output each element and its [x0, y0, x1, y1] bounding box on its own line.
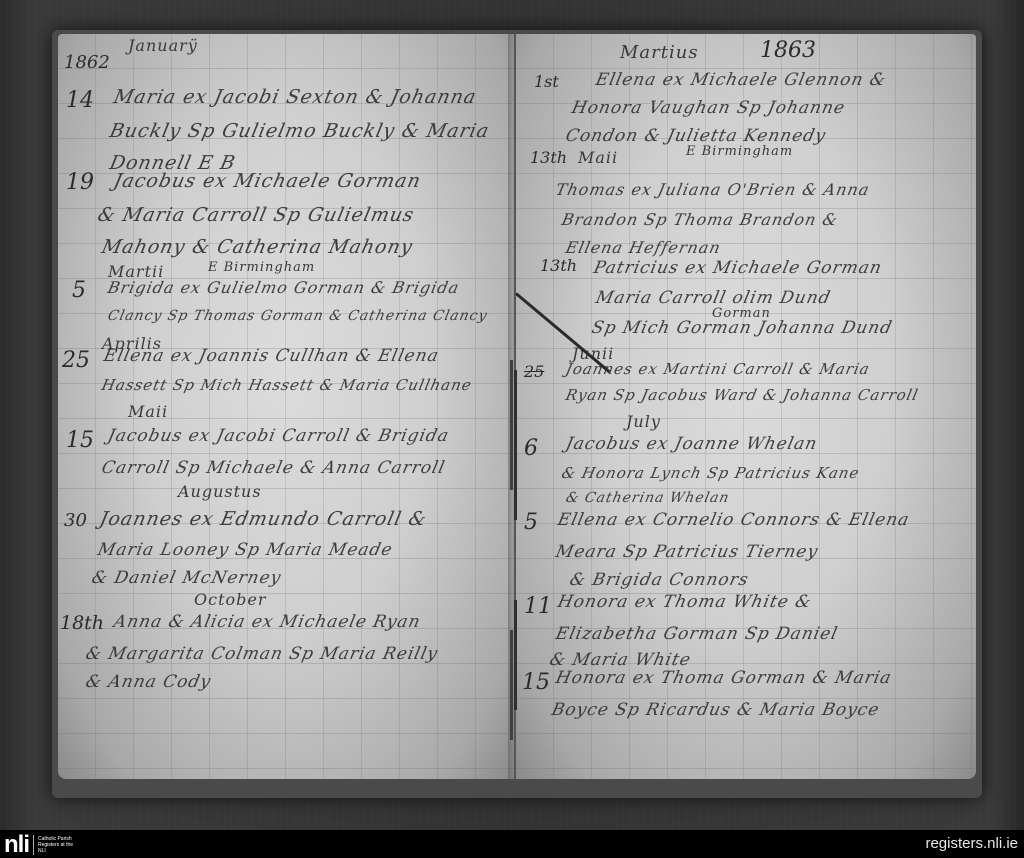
year-label: 1862 [64, 52, 110, 73]
entry-line: Ellena ex Michaele Glennon & [594, 70, 888, 90]
register-scan: 1862 Januarÿ 14 Maria ex Jacobi Sexton &… [0, 0, 1024, 830]
margin-rule [514, 600, 517, 710]
entry-day: 18th [60, 612, 104, 634]
logo-divider [33, 835, 34, 855]
entry-note: E Birmingham [686, 144, 793, 159]
entry-line: Boyce Sp Ricardus & Maria Boyce [550, 700, 882, 720]
entry-line: Maria Carroll olim Dund [594, 288, 833, 308]
entry-line: & Daniel McNerney [90, 568, 283, 588]
left-page: 1862 Januarÿ 14 Maria ex Jacobi Sexton &… [58, 34, 514, 779]
entry-day: 25 [62, 348, 90, 373]
entry-day: 30 [64, 510, 87, 531]
entry-day: 14 [66, 88, 94, 113]
site-link[interactable]: registers.nli.ie [925, 835, 1018, 852]
entry-line: Hassett Sp Mich Hassett & Maria Cullhane [100, 376, 474, 394]
entry-line: Ryan Sp Jacobus Ward & Johanna Carroll [564, 386, 920, 404]
entry-line: Patricius ex Michaele Gorman [592, 258, 884, 278]
entry-day: 25 [524, 362, 544, 381]
margin-rule [514, 370, 517, 520]
entry-line: & Honora Lynch Sp Patricius Kane [560, 464, 861, 482]
entry-line: Honora Vaughan Sp Johanne [570, 98, 847, 118]
entry-day: 11 [524, 594, 552, 619]
month-label: October [194, 590, 267, 609]
entry-line: Carroll Sp Michaele & Anna Carroll [100, 458, 447, 478]
entry-line: & Catherina Whelan [564, 490, 731, 506]
entry-day: 5 [72, 278, 86, 303]
footer-bar: nli Catholic Parish Registers at the NLI… [0, 830, 1024, 858]
entry-day: 13th [540, 256, 577, 275]
entry-line: Jacobus ex Jacobi Carroll & Brigida [106, 426, 451, 446]
nli-logo[interactable]: nli Catholic Parish Registers at the NLI [4, 834, 78, 856]
entry-line: Sp Mich Gorman Johanna Dund [590, 318, 894, 338]
entry-line: Anna & Alicia ex Michaele Ryan [112, 612, 423, 632]
month-label: Maii [128, 402, 168, 421]
entry-line: Brigida ex Gulielmo Gorman & Brigida [106, 278, 461, 297]
entry-line: Honora ex Thoma White & [556, 592, 814, 612]
entry-line: & Anna Cody [84, 672, 213, 692]
month-label: July [626, 412, 661, 431]
entry-line: Jacobus ex Joanne Whelan [564, 434, 820, 454]
entry-line: Clancy Sp Thomas Gorman & Catherina Clan… [106, 308, 489, 324]
entry-line: Joannes ex Edmundo Carroll & [98, 508, 429, 530]
entry-line: & Maria White [548, 650, 693, 670]
month-header: Martius [620, 42, 699, 63]
entry-line: Joannes ex Martini Carroll & Maria [564, 360, 872, 378]
month-header: Januarÿ [128, 36, 198, 55]
entry-line: Ellena ex Joannis Cullhan & Ellena [102, 346, 441, 366]
entry-line: Mahony & Catherina Mahony [100, 236, 415, 258]
month-label: Augustus [178, 482, 262, 501]
logo-caption: Catholic Parish Registers at the NLI [38, 836, 78, 854]
entry-line: Maria Looney Sp Maria Meade [96, 540, 395, 560]
entry-line: Elizabetha Gorman Sp Daniel [554, 624, 840, 644]
entry-line: & Brigida Connors [568, 570, 751, 590]
entry-day: 15 [522, 670, 550, 695]
entry-note: E Birmingham [208, 260, 315, 275]
entry-day: 5 [524, 510, 538, 535]
entry-line: Honora ex Thoma Gorman & Maria [554, 668, 894, 688]
entry-line: Maria ex Jacobi Sexton & Johanna [112, 86, 479, 108]
entry-line: Meara Sp Patricius Tierney [554, 542, 820, 562]
month-label: Maii [578, 148, 618, 167]
entry-line: & Margarita Colman Sp Maria Reilly [84, 644, 440, 664]
entry-day: 13th [530, 148, 567, 167]
right-page: Martius 1863 1st Ellena ex Michaele Glen… [516, 34, 976, 779]
entry-line: Jacobus ex Michaele Gorman [112, 170, 424, 192]
entry-day: 6 [524, 436, 538, 461]
nli-logo-icon: nli [4, 835, 29, 855]
entry-line: Ellena ex Cornelio Connors & Ellena [556, 510, 912, 530]
entry-line: Thomas ex Juliana O'Brien & Anna [554, 180, 872, 199]
entry-line: Ellena Heffernan [564, 238, 723, 257]
entry-line: Buckly Sp Gulielmo Buckly & Maria [108, 120, 492, 142]
entry-day: 19 [66, 170, 94, 195]
entry-line: & Maria Carroll Sp Gulielmus [96, 204, 417, 226]
entry-day: 1st [534, 72, 559, 91]
entry-line: Brandon Sp Thoma Brandon & [560, 210, 840, 229]
entry-line: Condon & Julietta Kennedy [564, 126, 828, 146]
year-label: 1863 [760, 38, 816, 63]
entry-day: 15 [66, 428, 94, 453]
